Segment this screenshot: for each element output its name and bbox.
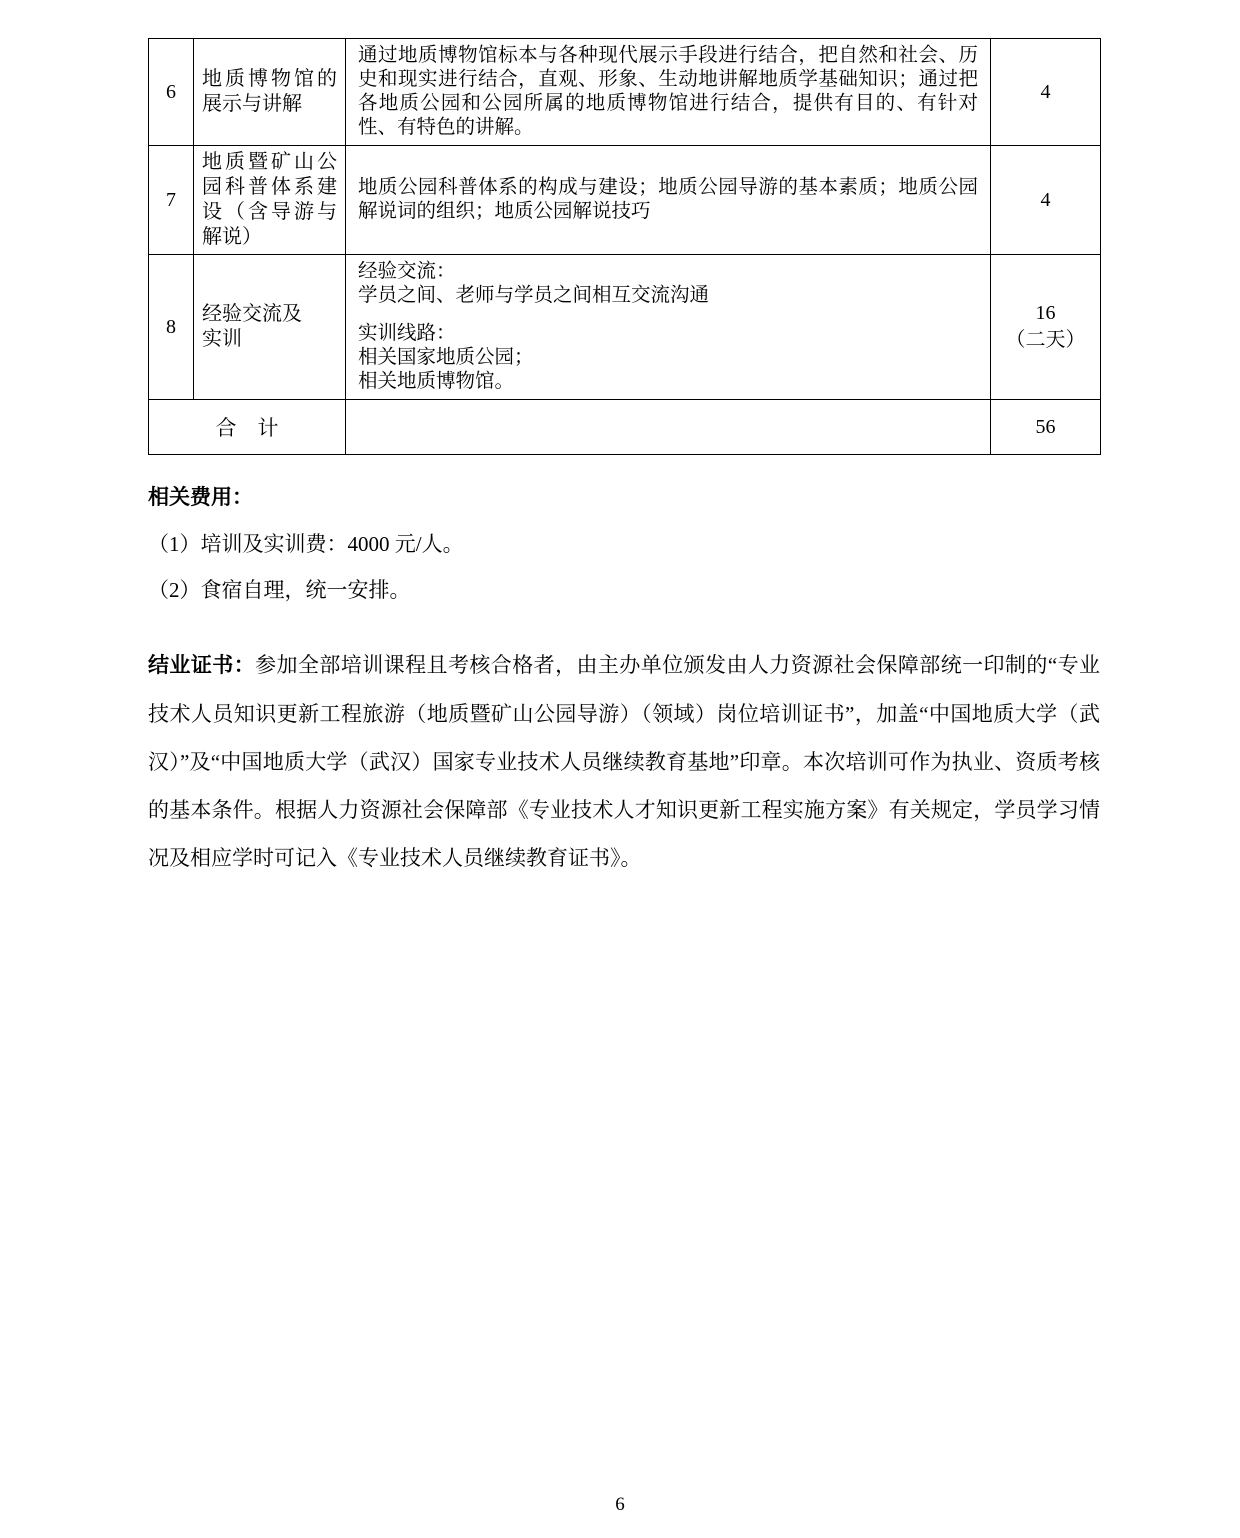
course-description-practice: 实训线路： 相关国家地质公园； 相关地质博物馆。 <box>358 322 978 394</box>
course-description: 地质公园科普体系的构成与建设；地质公园导游的基本素质；地质公园解说词的组织；地质… <box>346 146 991 255</box>
course-topic: 地质暨矿山公园科普体系建设（含导游与解说） <box>194 146 346 255</box>
table-row-course-6: 6 地质博物馆的展示与讲解 通过地质博物馆标本与各种现代展示手段进行结合，把自然… <box>149 39 1101 146</box>
course-number: 7 <box>149 146 194 255</box>
total-label: 合 计 <box>149 400 346 455</box>
fee-item-training: （1）培训及实训费：4000 元/人。 <box>148 531 1100 557</box>
table-row-course-8: 8 经验交流及 实训 经验交流： 学员之间、老师与学员之间相互交流沟通 实训线路… <box>149 255 1101 400</box>
course-description: 经验交流： 学员之间、老师与学员之间相互交流沟通 实训线路： 相关国家地质公园；… <box>346 255 991 400</box>
fees-heading: 相关费用： <box>148 485 1100 511</box>
page-number: 6 <box>0 1494 1240 1516</box>
document-body: 6 地质博物馆的展示与讲解 通过地质博物馆标本与各种现代展示手段进行结合，把自然… <box>148 38 1100 882</box>
course-description-text: 通过地质博物馆标本与各种现代展示手段进行结合，把自然和社会、历史和现实进行结合，… <box>358 44 978 140</box>
table-row-total: 合 计 56 <box>149 400 1101 455</box>
fee-item-accommodation: （2）食宿自理，统一安排。 <box>148 577 1100 603</box>
total-empty-cell <box>346 400 991 455</box>
certificate-label: 结业证书： <box>148 654 255 677</box>
course-topic: 地质博物馆的展示与讲解 <box>194 39 346 146</box>
certificate-text: 参加全部培训课程且考核合格者，由主办单位颁发由人力资源社会保障部统一印制的“专业… <box>148 653 1100 870</box>
course-hours: 4 <box>991 146 1101 255</box>
course-hours: 4 <box>991 39 1101 146</box>
document-page: { "table": { "rows": [ { "no": "6", "top… <box>0 0 1240 1538</box>
table-row-course-7: 7 地质暨矿山公园科普体系建设（含导游与解说） 地质公园科普体系的构成与建设；地… <box>149 146 1101 255</box>
course-schedule-table: 6 地质博物馆的展示与讲解 通过地质博物馆标本与各种现代展示手段进行结合，把自然… <box>148 38 1101 455</box>
certificate-paragraph: 结业证书：参加全部培训课程且考核合格者，由主办单位颁发由人力资源社会保障部统一印… <box>148 641 1100 882</box>
course-description: 通过地质博物馆标本与各种现代展示手段进行结合，把自然和社会、历史和现实进行结合，… <box>346 39 991 146</box>
course-number: 6 <box>149 39 194 146</box>
course-topic: 经验交流及 实训 <box>194 255 346 400</box>
fees-section: 相关费用： （1）培训及实训费：4000 元/人。 （2）食宿自理，统一安排。 <box>148 485 1100 603</box>
course-description-text: 地质公园科普体系的构成与建设；地质公园导游的基本素质；地质公园解说词的组织；地质… <box>358 176 978 224</box>
course-number: 8 <box>149 255 194 400</box>
course-hours: 16 （二天） <box>991 255 1101 400</box>
total-hours: 56 <box>991 400 1101 455</box>
course-description-exchange: 经验交流： 学员之间、老师与学员之间相互交流沟通 <box>358 260 978 308</box>
